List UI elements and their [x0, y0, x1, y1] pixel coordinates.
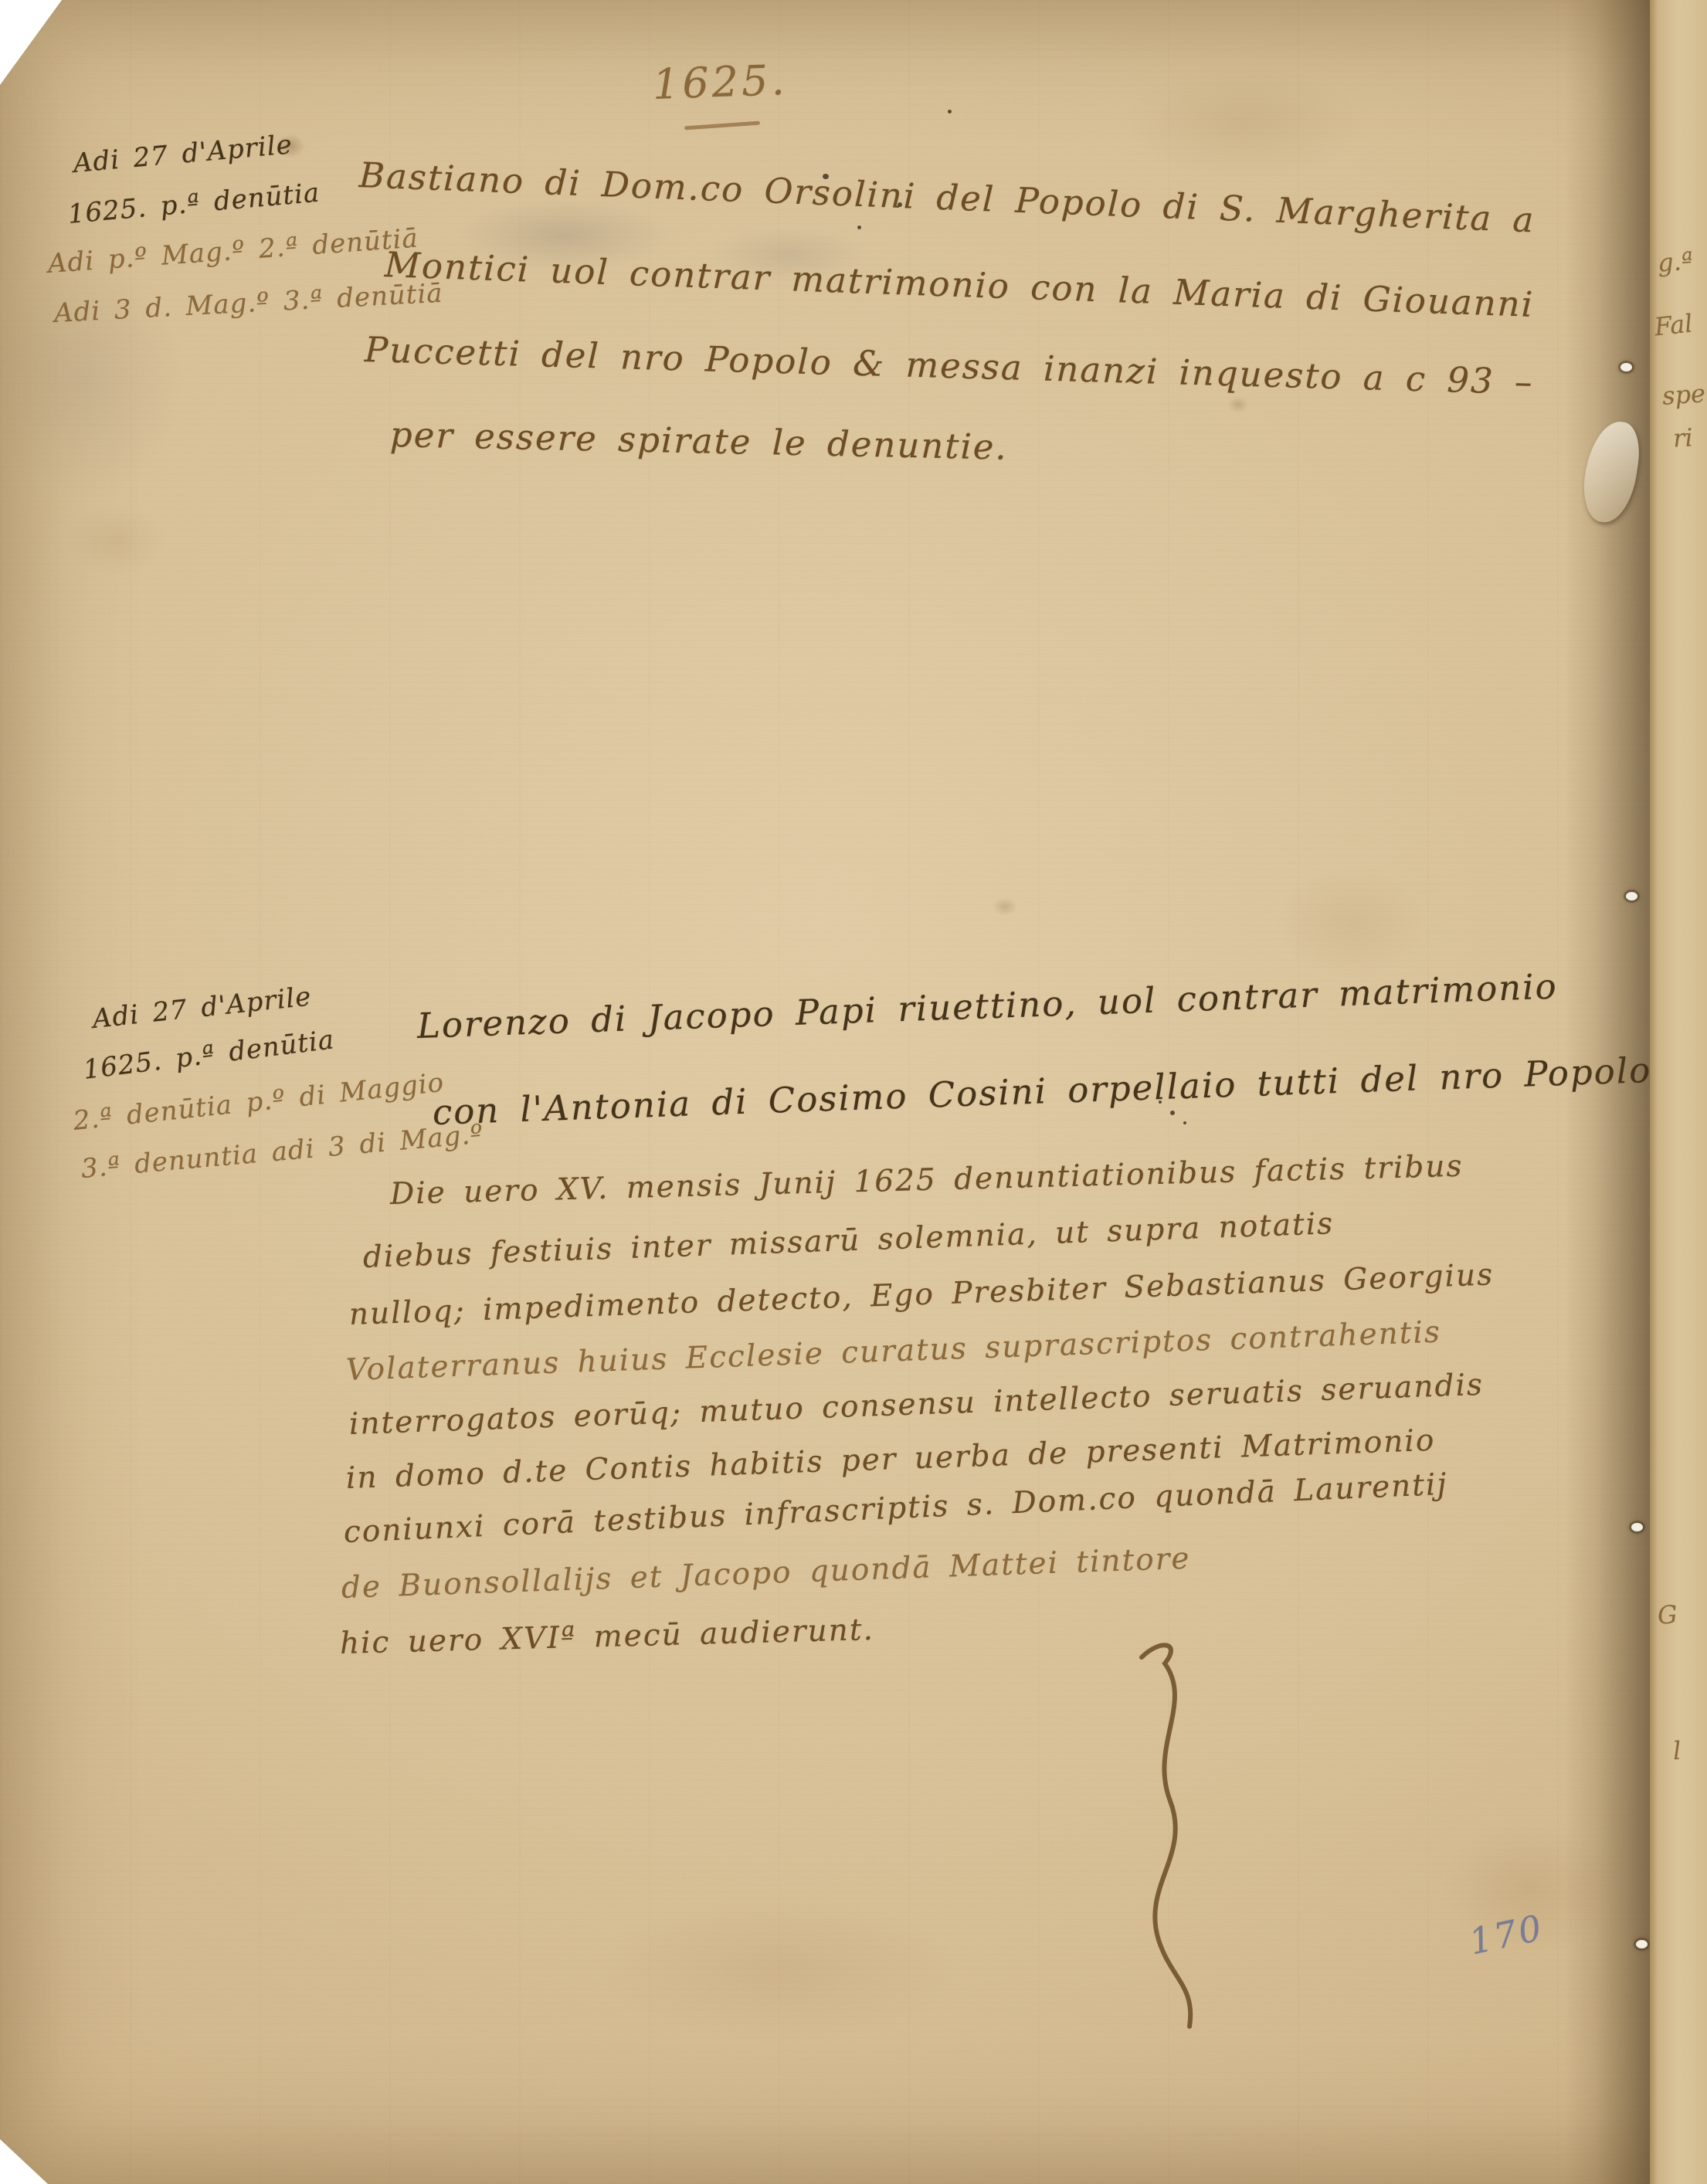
paper-sheet: [0, 0, 1707, 2184]
facing-page-text-fragment: ri: [1672, 422, 1693, 453]
facing-page-text-fragment: spe: [1661, 378, 1706, 411]
manuscript-page: 1625. Adi 27 d'Aprile 1625. p.ª denūtia …: [0, 0, 1707, 2184]
facing-page-text-fragment: g.ª: [1657, 246, 1694, 277]
facing-page-text-fragment: G: [1657, 1599, 1678, 1630]
facing-page-text-fragment: Fal: [1653, 309, 1694, 342]
facing-page-edge: g.ª Fal spe ri G l: [1650, 0, 1707, 2184]
facing-page-text-fragment: l: [1672, 1736, 1682, 1765]
